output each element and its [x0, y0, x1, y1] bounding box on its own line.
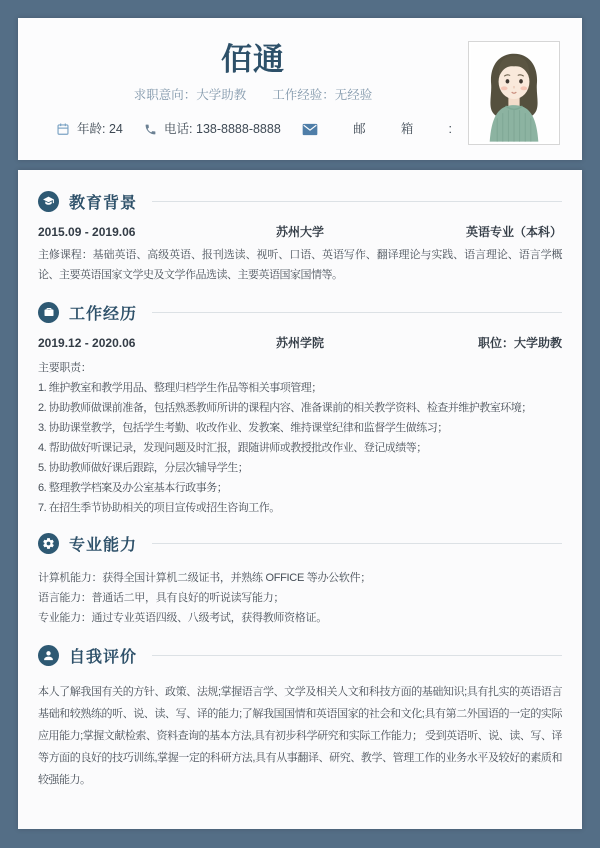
section-title-work: 工作经历	[69, 301, 137, 324]
avatar	[468, 41, 560, 145]
duties-label: 主要职责：	[38, 358, 562, 378]
resume-body-card: 教育背景 2015.09 - 2019.06 苏州大学 英语专业（本科） 主修课…	[18, 170, 582, 829]
duty-item: 3. 协助课堂教学，包括学生考勤、收改作业、发教案、维持课堂纪律和监督学生做练习…	[38, 418, 562, 438]
duty-item: 4. 帮助做好听课记录，发现问题及时汇报，跟随讲师或教授批改作业、登记成绩等；	[38, 438, 562, 458]
header-card: 佰通 求职意向：大学助教 工作经验：无经验 年龄: 24	[18, 18, 582, 160]
divider-line	[152, 312, 562, 313]
section-skills-header: 专业能力	[38, 532, 562, 554]
phone-label: 电话: 138-8888-8888	[164, 120, 281, 138]
section-title-evaluation: 自我评价	[69, 644, 137, 667]
education-row: 2015.09 - 2019.06 苏州大学 英语专业（本科）	[38, 225, 562, 240]
mail-icon	[302, 123, 318, 136]
work-position: 职位：大学助教	[394, 336, 562, 351]
calendar-icon	[56, 122, 70, 136]
education-school: 苏州大学	[206, 225, 395, 240]
portrait-illustration-svg	[471, 44, 557, 142]
duty-item: 7. 在招生季节协助相关的项目宣传或招生咨询工作。	[38, 498, 562, 518]
skill-item: 计算机能力：获得全国计算机二级证书，并熟练 OFFICE 等办公软件；	[38, 568, 562, 588]
age-item: 年龄: 24	[56, 120, 123, 138]
resume-page: { "colors": { "frame": "#546e86", "accen…	[0, 0, 600, 848]
work-experience: 工作经验：无经验	[272, 87, 372, 103]
phone-item: 电话: 138-8888-8888	[144, 120, 281, 138]
skills-list: 计算机能力：获得全国计算机二级证书，并熟练 OFFICE 等办公软件； 语言能力…	[38, 568, 562, 628]
email-label-1: 邮	[353, 120, 366, 138]
candidate-name: 佰通	[38, 42, 468, 78]
education-period: 2015.09 - 2019.06	[38, 225, 206, 240]
section-education-header: 教育背景	[38, 190, 562, 212]
skill-item: 专业能力：通过专业英语四级、八级考试，获得教师资格证。	[38, 608, 562, 628]
contact-row: 年龄: 24 电话: 138-8888-8888 邮 箱	[38, 120, 468, 138]
person-icon	[38, 645, 59, 666]
briefcase-icon	[38, 302, 59, 323]
duty-item: 6. 整理教学档案及办公室基本行政事务；	[38, 478, 562, 498]
work-row: 2019.12 - 2020.06 苏州学院 职位：大学助教	[38, 336, 562, 351]
divider-line	[152, 543, 562, 544]
email-item: 邮 箱 :	[302, 120, 452, 138]
graduation-cap-icon	[38, 191, 59, 212]
section-title-skills: 专业能力	[69, 532, 137, 555]
divider-line	[152, 201, 562, 202]
job-intent: 求职意向：大学助教	[134, 87, 247, 103]
duty-item: 2. 协助教师做课前准备，包括熟悉教师所讲的课程内容、准备课前的相关教学资料、检…	[38, 398, 562, 418]
duties-list: 1. 维护教室和教学用品、整理归档学生作品等相关事项管理； 2. 协助教师做课前…	[38, 378, 562, 518]
duty-item: 1. 维护教室和教学用品、整理归档学生作品等相关事项管理；	[38, 378, 562, 398]
age-label: 年龄: 24	[77, 120, 123, 138]
header-left: 佰通 求职意向：大学助教 工作经验：无经验 年龄: 24	[18, 18, 468, 160]
divider-line	[152, 655, 562, 656]
skill-item: 语言能力：普通话二甲，具有良好的听说读写能力；	[38, 588, 562, 608]
duty-item: 5. 协助教师做好课后跟踪，分层次辅导学生；	[38, 458, 562, 478]
work-company: 苏州学院	[206, 336, 395, 351]
email-label-3: :	[448, 120, 451, 138]
education-major: 英语专业（本科）	[394, 225, 562, 240]
work-period: 2019.12 - 2020.06	[38, 336, 206, 351]
gear-icon	[38, 533, 59, 554]
section-work-header: 工作经历	[38, 301, 562, 323]
evaluation-text: 本人了解我国有关的方针、政策、法规;掌握语言学、文学及相关人文和科技方面的基础知…	[38, 681, 562, 791]
phone-icon	[144, 123, 157, 136]
email-label-2: 箱	[401, 120, 414, 138]
education-courses: 主修课程：基础英语、高级英语、报刊选读、视听、口语、英语写作、翻译理论与实践、语…	[38, 245, 562, 285]
section-title-education: 教育背景	[69, 190, 137, 213]
job-intent-row: 求职意向：大学助教 工作经验：无经验	[38, 87, 468, 103]
section-evaluation-header: 自我评价	[38, 644, 562, 666]
